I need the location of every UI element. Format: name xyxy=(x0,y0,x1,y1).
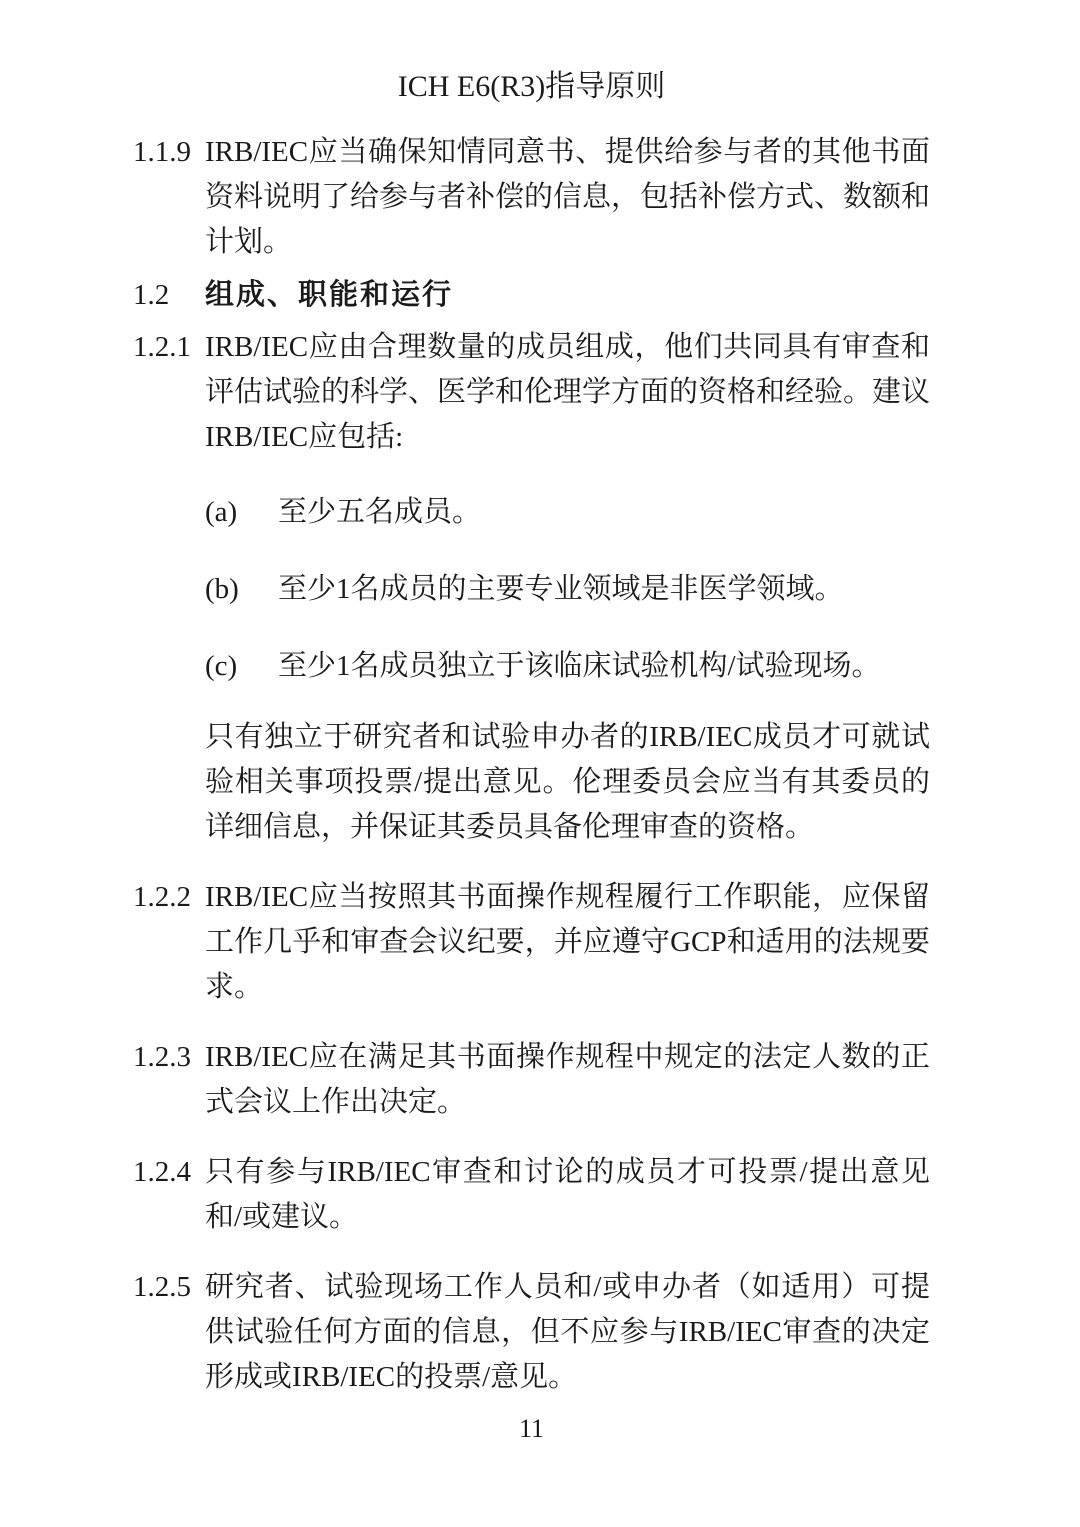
clause-1-2-1: 1.2.1 IRB/IEC应由合理数量的成员组成，他们共同具有审查和评估试验的科… xyxy=(133,325,930,460)
clause-text: IRB/IEC应在满足其书面操作规程中规定的法定人数的正式会议上作出决定。 xyxy=(205,1035,930,1125)
subitem-a: (a) 至少五名成员。 xyxy=(205,490,930,535)
clause-number: 1.2.1 xyxy=(133,325,205,460)
section-heading-1-2: 1.2 组成、职能和运行 xyxy=(133,273,930,318)
section-heading-text: 组成、职能和运行 xyxy=(205,273,930,318)
subitem-label: (c) xyxy=(205,644,278,689)
subitem-b: (b) 至少1名成员的主要专业领域是非医学领域。 xyxy=(205,567,930,612)
clause-number: 1.1.9 xyxy=(133,130,205,265)
clause-text: 只有参与IRB/IEC审查和讨论的成员才可投票/提出意见和/或建议。 xyxy=(205,1150,930,1240)
page-number: 11 xyxy=(133,1414,930,1444)
clause-text: IRB/IEC应当确保知情同意书、提供给参与者的其他书面资料说明了给参与者补偿的… xyxy=(205,130,930,265)
clause-number: 1.2.4 xyxy=(133,1150,205,1240)
clause-text: IRB/IEC应当按照其书面操作规程履行工作职能，应保留工作几乎和审查会议纪要，… xyxy=(205,875,930,1010)
document-page: ICH E6(R3)指导原则 1.1.9 IRB/IEC应当确保知情同意书、提供… xyxy=(0,0,1080,1527)
clause-number: 1.2.5 xyxy=(133,1265,205,1400)
page-title: ICH E6(R3)指导原则 xyxy=(133,66,930,108)
clause-text: 研究者、试验现场工作人员和/或申办者（如适用）可提供试验任何方面的信息，但不应参… xyxy=(205,1265,930,1400)
clause-number: 1.2 xyxy=(133,273,205,318)
clause-1-1-9: 1.1.9 IRB/IEC应当确保知情同意书、提供给参与者的其他书面资料说明了给… xyxy=(133,130,930,265)
subitem-text: 至少五名成员。 xyxy=(278,490,930,535)
clause-text: IRB/IEC应由合理数量的成员组成，他们共同具有审查和评估试验的科学、医学和伦… xyxy=(205,325,930,460)
clause-1-2-2: 1.2.2 IRB/IEC应当按照其书面操作规程履行工作职能，应保留工作几乎和审… xyxy=(133,875,930,1010)
subitem-label: (b) xyxy=(205,567,278,612)
clause-number: 1.2.2 xyxy=(133,875,205,1010)
clause-number: 1.2.3 xyxy=(133,1035,205,1125)
subitem-text: 至少1名成员的主要专业领域是非医学领域。 xyxy=(278,567,930,612)
subitem-text: 至少1名成员独立于该临床试验机构/试验现场。 xyxy=(278,644,930,689)
subitem-c: (c) 至少1名成员独立于该临床试验机构/试验现场。 xyxy=(205,644,930,689)
note-paragraph: 只有独立于研究者和试验申办者的IRB/IEC成员才可就试验相关事项投票/提出意见… xyxy=(205,715,930,850)
subitem-label: (a) xyxy=(205,490,278,535)
clause-1-2-3: 1.2.3 IRB/IEC应在满足其书面操作规程中规定的法定人数的正式会议上作出… xyxy=(133,1035,930,1125)
clause-1-2-4: 1.2.4 只有参与IRB/IEC审查和讨论的成员才可投票/提出意见和/或建议。 xyxy=(133,1150,930,1240)
clause-1-2-5: 1.2.5 研究者、试验现场工作人员和/或申办者（如适用）可提供试验任何方面的信… xyxy=(133,1265,930,1400)
